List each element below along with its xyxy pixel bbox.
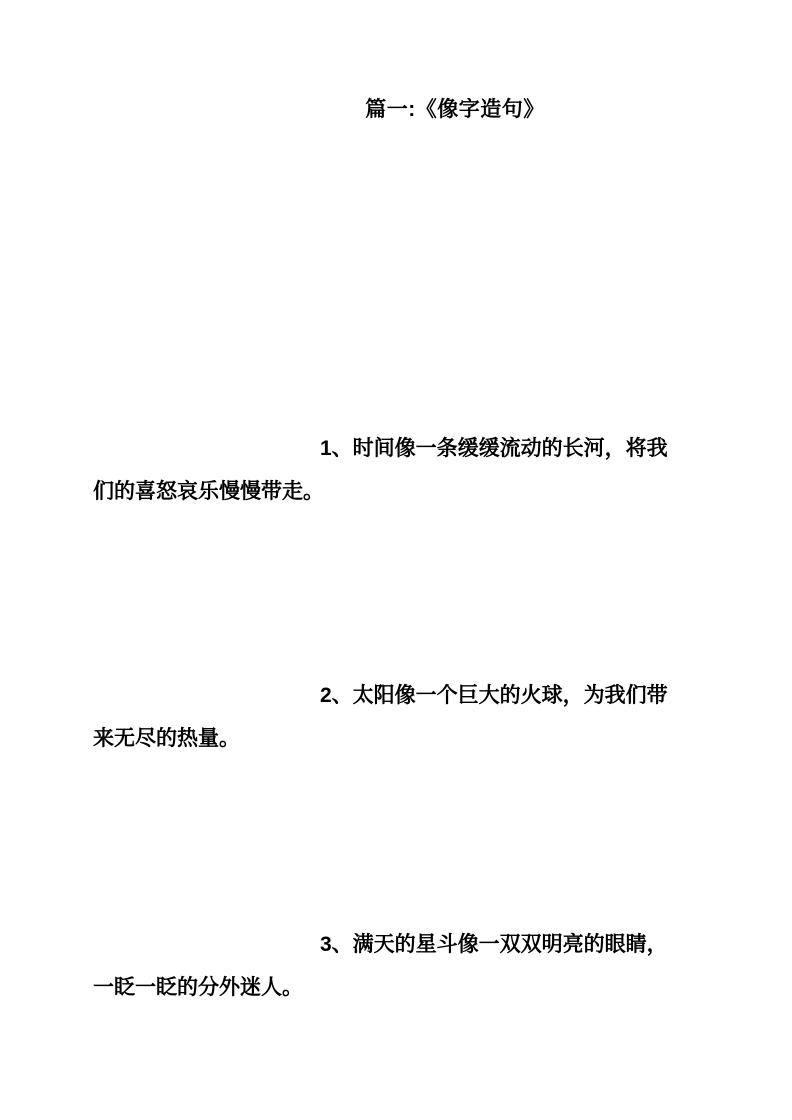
sentence-2-line-1: 2、太阳像一个巨大的火球，为我们带 [93,674,753,717]
sentence-item-3: 3、满天的星斗像一双双明亮的眼睛， 一眨一眨的分外迷人。 [93,923,753,1009]
document-page: 篇一:《像字造句》 1、时间像一条缓缓流动的长河，将我 们的喜怒哀乐慢慢带走。 … [0,0,792,1120]
sentence-3-line-1: 3、满天的星斗像一双双明亮的眼睛， [93,923,753,966]
sentence-1-line-2: 们的喜怒哀乐慢慢带走。 [93,470,753,513]
sentence-3-line-2: 一眨一眨的分外迷人。 [93,966,753,1009]
sentence-item-1: 1、时间像一条缓缓流动的长河，将我 们的喜怒哀乐慢慢带走。 [93,427,753,513]
page-title: 篇一:《像字造句》 [0,97,792,123]
sentence-item-2: 2、太阳像一个巨大的火球，为我们带 来无尽的热量。 [93,674,753,760]
sentence-2-line-2: 来无尽的热量。 [93,717,753,760]
sentence-1-line-1: 1、时间像一条缓缓流动的长河，将我 [93,427,753,470]
